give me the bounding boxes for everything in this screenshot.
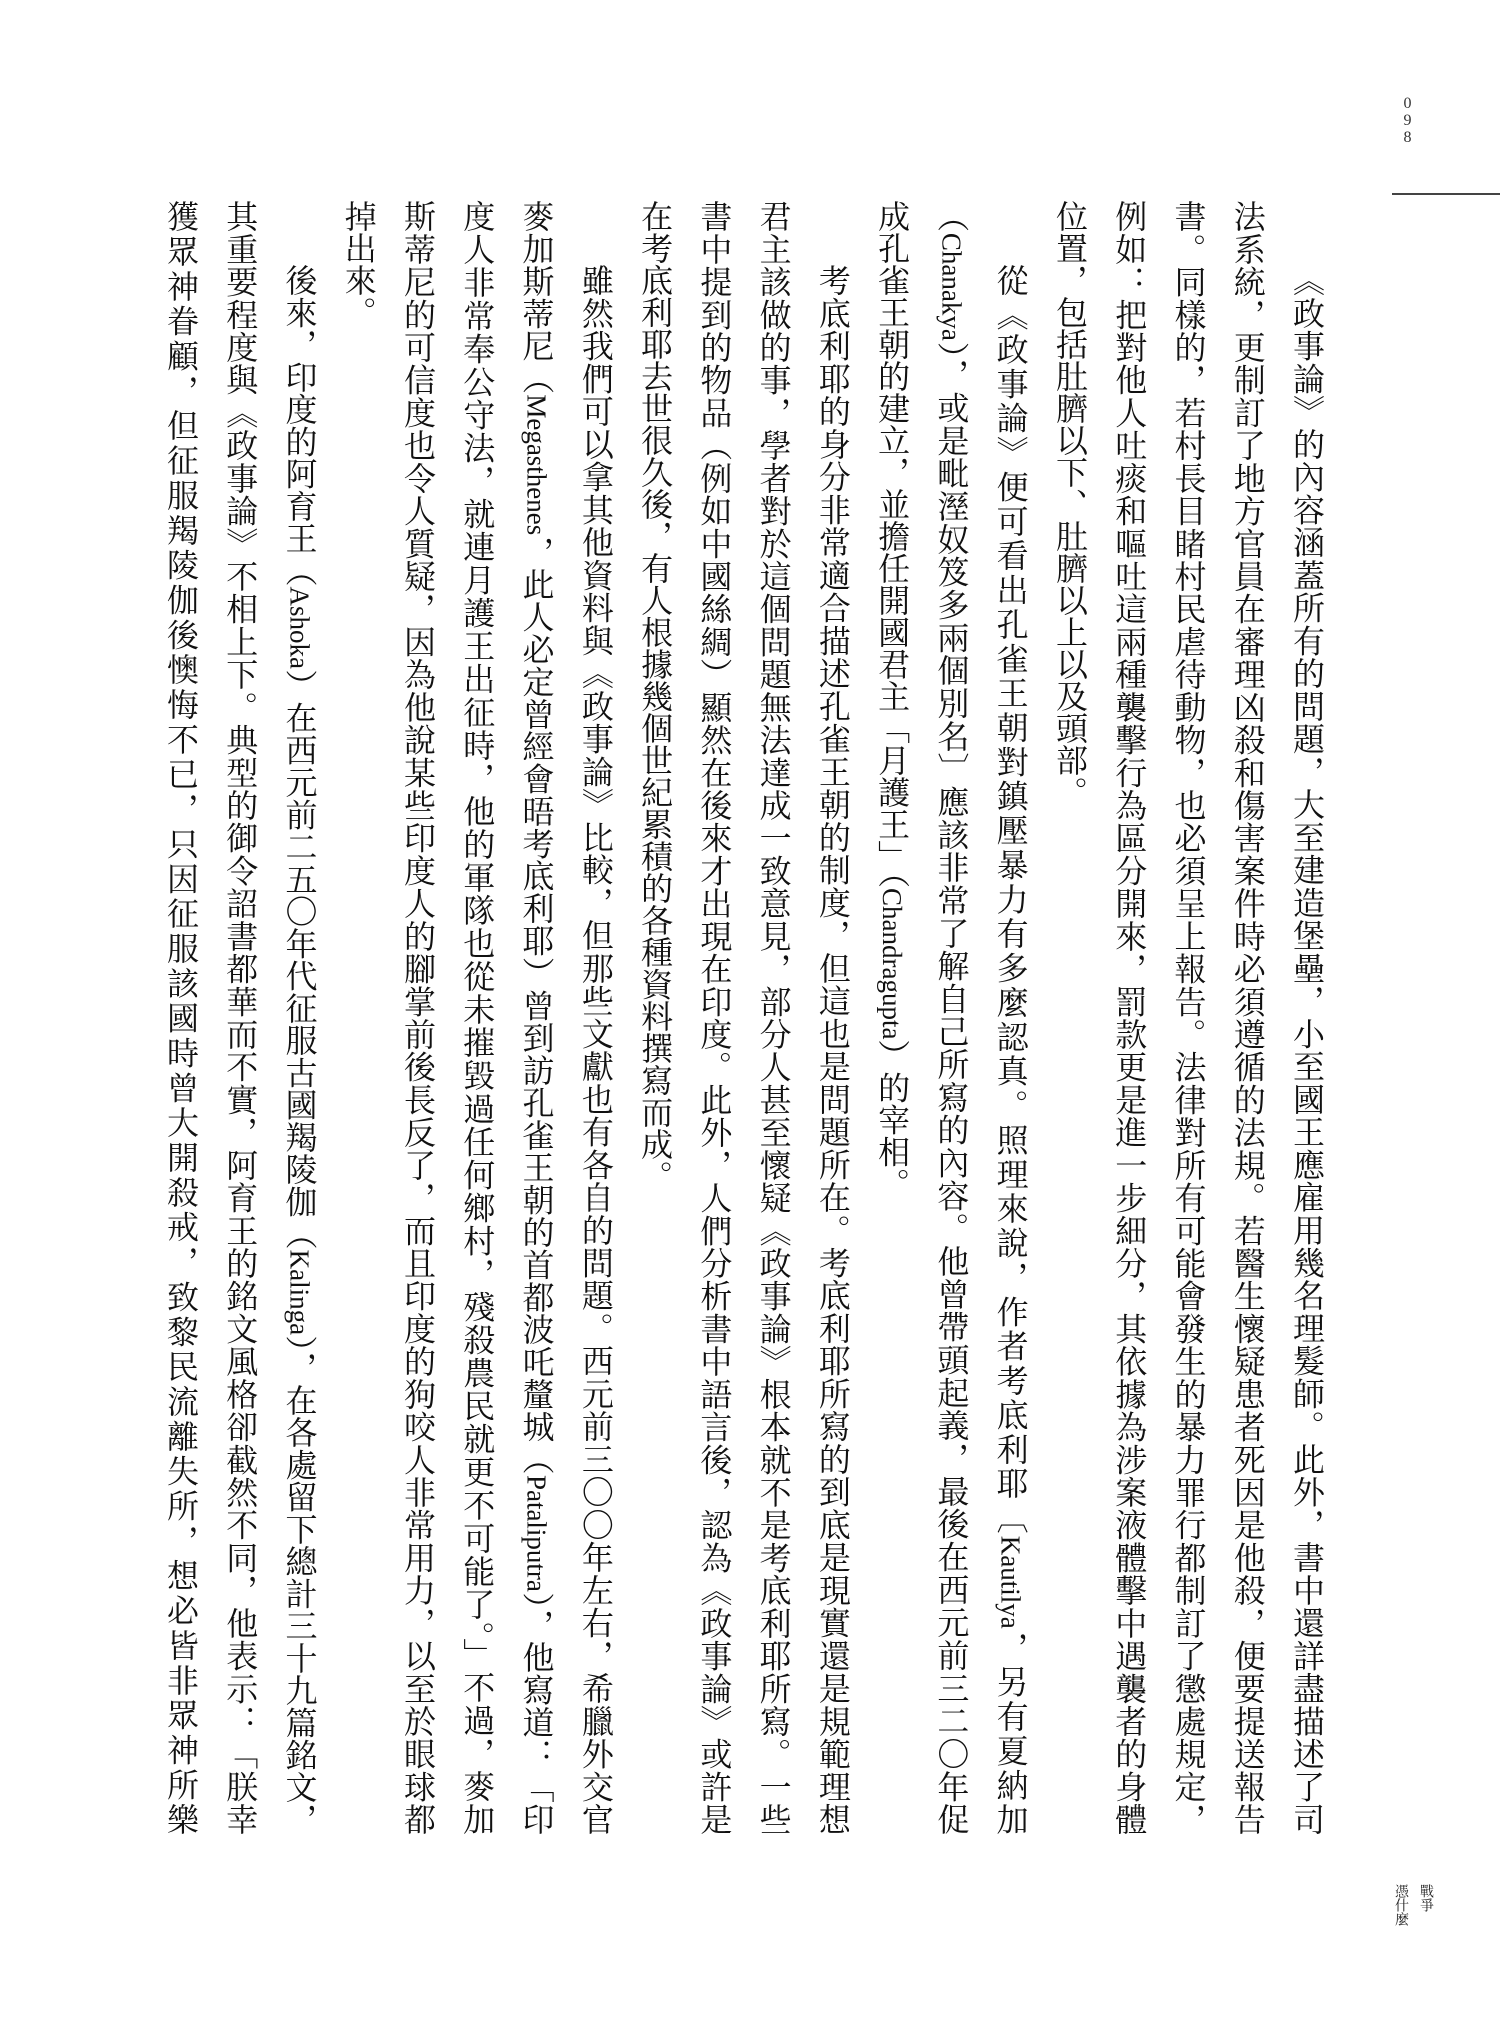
text-line: （Chanakya），或是毗溼奴笈多兩個別名〕應該非常了解自己所寫的內容。他曾帶…	[921, 200, 980, 1835]
text-line: 書中提到的物品（例如中國絲綢）顯然在後來才出現在印度。此外，人們分析書中語言後，…	[684, 200, 743, 1835]
paragraph: 《政事論》的內容涵蓋所有的問題，大至建造堡壘，小至國王應雇用幾名理髮師。此外，書…	[1040, 200, 1336, 1840]
text-line: 書。同樣的，若村長目睹村民虐待動物，也必須呈上報告。法律對所有可能會發生的暴力罪…	[1158, 200, 1217, 1835]
latin-term: Pataliputra	[522, 1475, 552, 1592]
text-line: 其重要程度與《政事論》不相上下。典型的御令詔書都華而不實，阿育王的銘文風格卻截然…	[210, 200, 269, 1835]
text-line: 考底利耶的身分非常適合描述孔雀王朝的制度，但這也是問題所在。考底利耶所寫的到底是…	[803, 200, 862, 1835]
body-text: 《政事論》的內容涵蓋所有的問題，大至建造堡壘，小至國王應雇用幾名理髮師。此外，書…	[151, 200, 1336, 1840]
text-line: 雖然我們可以拿其他資料與《政事論》比較，但那些文獻也有各自的問題。西元前三〇〇年…	[566, 200, 625, 1835]
text-line: 後來，印度的阿育王（Ashoka）在西元前二五〇年代征服古國羯陵伽（Kaling…	[269, 200, 328, 1835]
text-line: 《政事論》的內容涵蓋所有的問題，大至建造堡壘，小至國王應雇用幾名理髮師。此外，書…	[1277, 200, 1336, 1835]
text-line: 獲眾神眷顧，但征服羯陵伽後懊悔不已，只因征服該國時曾大開殺戒，致黎民流離失所，想…	[151, 200, 210, 1835]
text-line: 麥加斯蒂尼（Megasthenes，此人必定曾經會晤考底利耶）曾到訪孔雀王朝的首…	[506, 200, 565, 1835]
running-title-line: 憑什麼	[1388, 1884, 1413, 1926]
header-rule	[1392, 193, 1500, 195]
text-line: 斯蒂尼的可信度也令人質疑，因為他說某些印度人的腳掌前後長反了，而且印度的狗咬人非…	[388, 200, 447, 1835]
text-line: 成孔雀王朝的建立，並擔任開國君主「月護王」（Chandragupta）的宰相。	[862, 200, 921, 1835]
text-line: 君主該做的事，學者對於這個問題無法達成一致意見，部分人甚至懷疑《政事論》根本就不…	[743, 200, 802, 1835]
paragraph: 從《政事論》便可看出孔雀王朝對鎮壓暴力有多麼認真。照理來說，作者考底利耶〔Kau…	[862, 200, 1040, 1840]
text-line: 度人非常奉公守法，就連月護王出征時，他的軍隊也從未摧毀過任何鄉村，殘殺農民就更不…	[447, 200, 506, 1835]
text-line: 例如：把對他人吐痰和嘔吐這兩種襲擊行為區分開來，罰款更是進一步細分，其依據為涉案…	[1099, 200, 1158, 1835]
latin-term: Chanakya	[936, 233, 966, 341]
latin-term: Ashoka	[284, 586, 314, 669]
book-page: 098 《政事論》的內容涵蓋所有的問題，大至建造堡壘，小至國王應雇用幾名理髮師。…	[0, 0, 1500, 2032]
text-line: 在考底利耶去世很久後，有人根據幾個世紀累積的各種資料撰寫而成。	[625, 200, 684, 1835]
latin-term: Chandragupta	[877, 888, 907, 1039]
running-title: 戰爭 憑什麼	[1388, 1884, 1438, 1926]
paragraph: 考底利耶的身分非常適合描述孔雀王朝的制度，但這也是問題所在。考底利耶所寫的到底是…	[625, 200, 862, 1840]
latin-term: Megasthenes	[522, 394, 552, 535]
latin-term: Kautilya	[996, 1536, 1026, 1629]
paragraph: 後來，印度的阿育王（Ashoka）在西元前二五〇年代征服古國羯陵伽（Kaling…	[151, 200, 329, 1840]
running-title-line: 戰爭	[1413, 1884, 1438, 1926]
text-line: 位置，包括肚臍以下、肚臍以上以及頭部。	[1040, 200, 1099, 1835]
page-number: 098	[1398, 95, 1416, 146]
latin-term: Kalinga	[284, 1250, 314, 1335]
text-line: 從《政事論》便可看出孔雀王朝對鎮壓暴力有多麼認真。照理來說，作者考底利耶〔Kau…	[980, 200, 1039, 1835]
text-line: 掉出來。	[328, 200, 387, 1835]
text-line: 法系統，更制訂了地方官員在審理凶殺和傷害案件時必須遵循的法規。若醫生懷疑患者死因…	[1217, 200, 1276, 1835]
paragraph: 雖然我們可以拿其他資料與《政事論》比較，但那些文獻也有各自的問題。西元前三〇〇年…	[328, 200, 624, 1840]
